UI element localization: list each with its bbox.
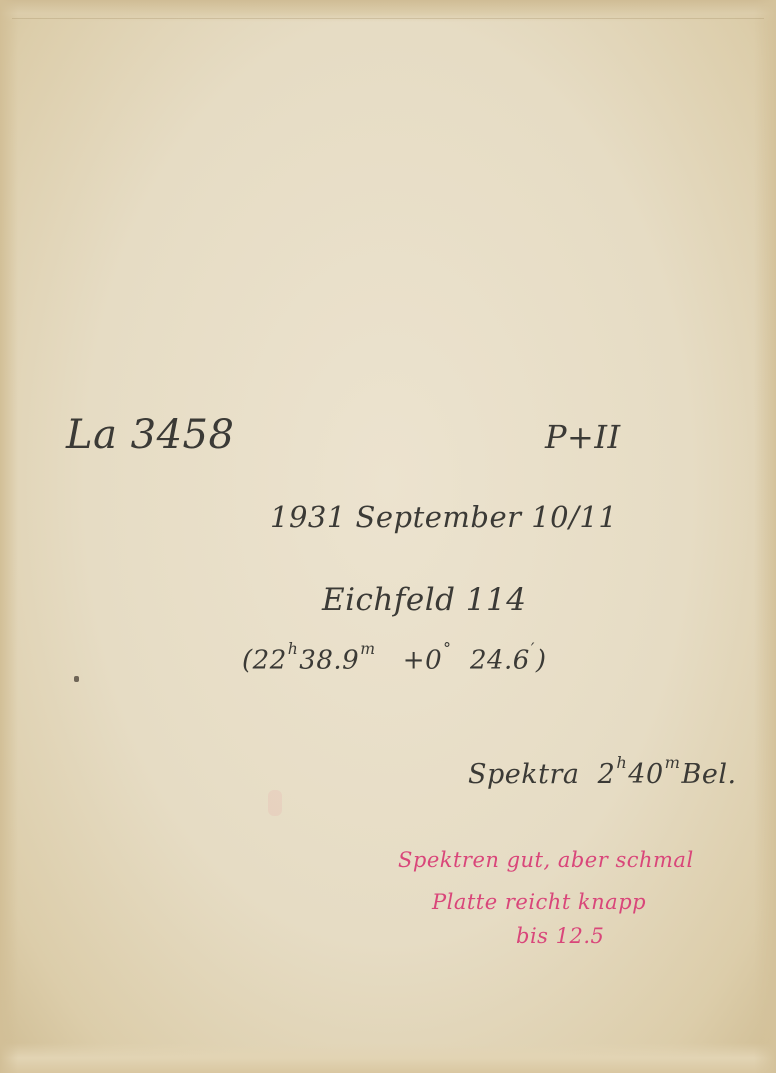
plate-mark: P+II: [545, 418, 621, 456]
exposure-hours-unit: h: [616, 753, 627, 772]
ra-minutes: 38.9: [299, 646, 359, 676]
paper-edge-bottom: [0, 1043, 776, 1073]
coord-close-paren: ): [536, 646, 547, 676]
red-note-line-3: bis 12.5: [516, 924, 604, 948]
exposure-minutes-unit: m: [665, 753, 681, 772]
dec-minutes: 24.6: [470, 646, 530, 676]
ra-hours-unit: h: [288, 640, 299, 658]
exposure-suffix: Bel.: [682, 759, 737, 790]
exposure-line: Spektra 2h40mBel.: [468, 758, 737, 790]
ra-minutes-unit: m: [360, 640, 375, 658]
red-note-line-2: Platte reicht knapp: [432, 890, 646, 914]
dec-degrees-unit: °: [443, 640, 451, 658]
exposure-prefix: Spektra: [468, 759, 579, 790]
coord-open-paren: (: [242, 646, 253, 676]
coordinates-line: (22h38.9m +0° 24.6′): [242, 645, 547, 676]
exposure-hours: 2: [598, 759, 616, 790]
red-note-line-1: Spektren gut, aber schmal: [398, 848, 694, 872]
fold-line: [12, 18, 764, 19]
envelope-sheet: La 3458 P+II 1931 September 10/11 Eichfe…: [0, 0, 776, 1073]
ink-speck: [74, 676, 79, 682]
pink-smudge: [268, 790, 282, 816]
paper-edge-right: [754, 0, 776, 1073]
dec-minutes-unit: ′: [531, 640, 535, 658]
catalog-id: La 3458: [66, 412, 234, 458]
date-line: 1931 September 10/11: [270, 500, 617, 534]
dec-degrees: +0: [403, 646, 442, 676]
object-line: Eichfeld 114: [322, 582, 526, 618]
paper-edge-left: [0, 0, 18, 1073]
ra-hours: 22: [253, 646, 287, 676]
exposure-minutes: 40: [628, 759, 663, 790]
